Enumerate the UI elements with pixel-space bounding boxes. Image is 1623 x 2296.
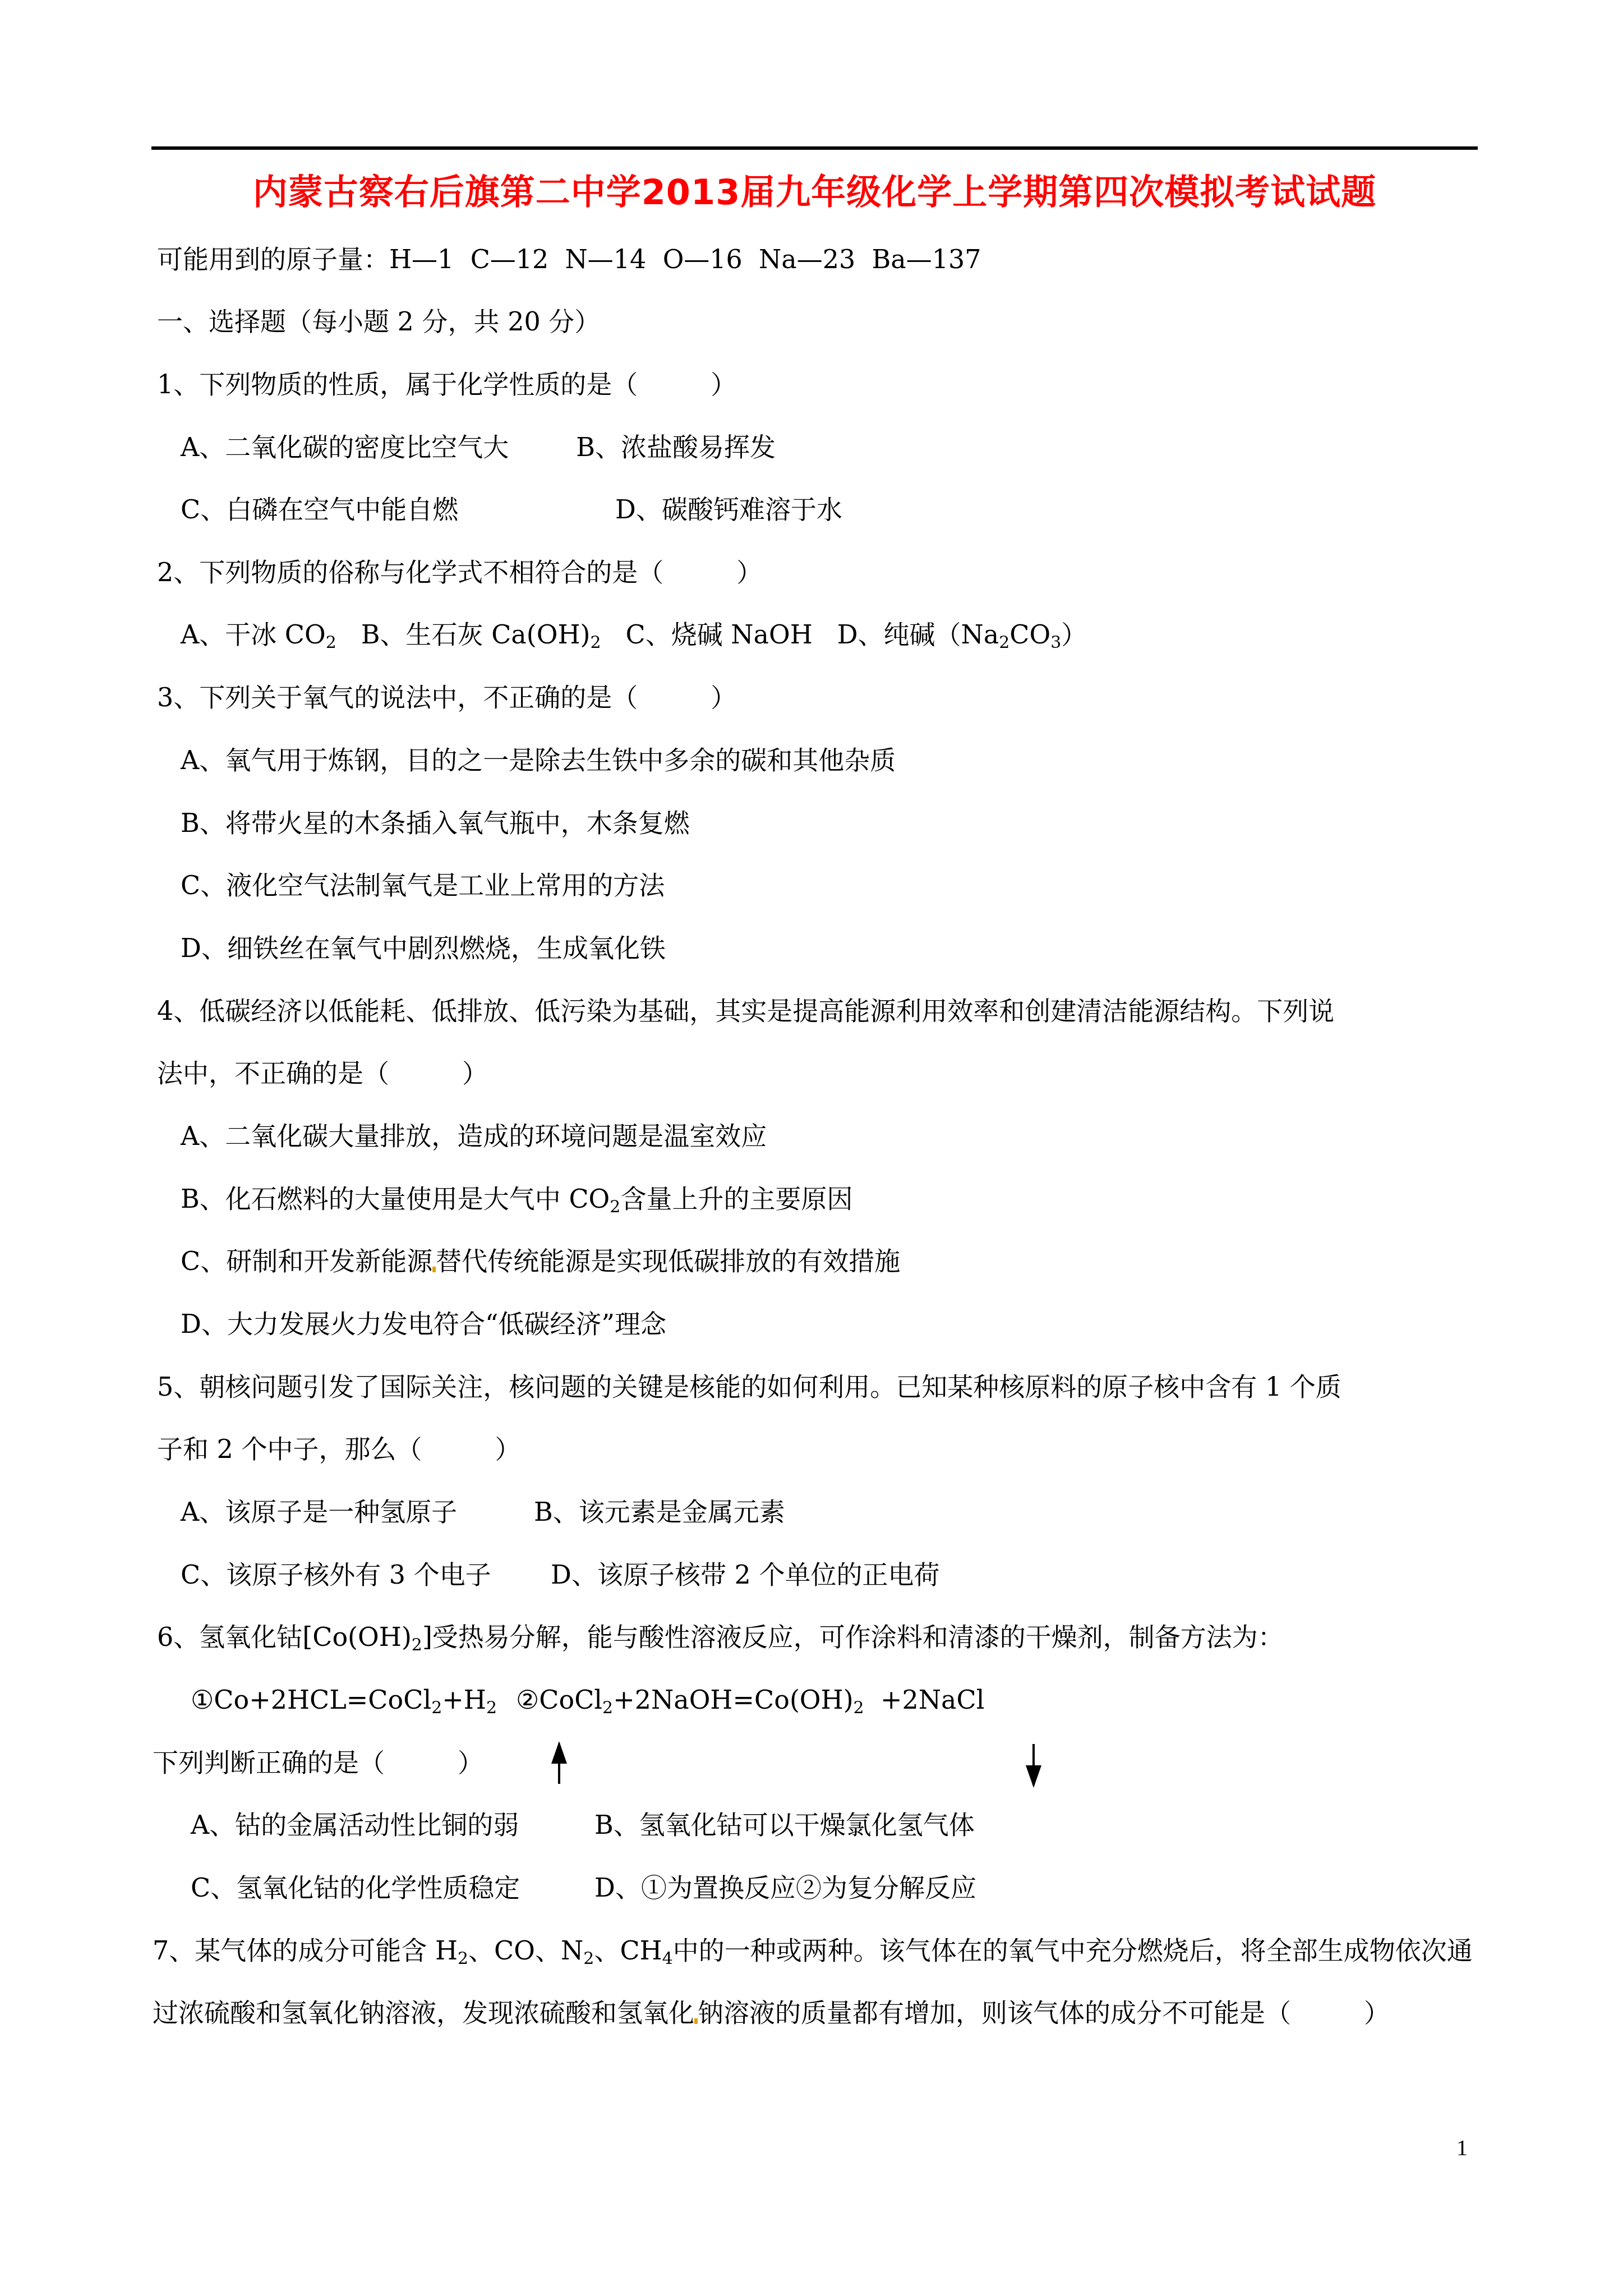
question-4-option-c: C、研制和开发新能源替代传统能源是实现低碳排放的有效措施 xyxy=(181,1244,900,1278)
question-3-option-c: C、液化空气法制氧气是工业上常用的方法 xyxy=(181,868,665,902)
question-6-equation-1: ①Co+2HCL=CoCl2+H2 xyxy=(191,1683,497,1717)
option-b: B、浓盐酸易挥发 xyxy=(576,432,776,462)
stem-end: ） xyxy=(736,557,762,587)
question-6-options-row1: A、钴的金属活动性比铜的弱B、氢氧化钴可以干燥氯化氢气体 xyxy=(191,1808,975,1842)
question-7-stem-line1: 7、某气体的成分可能含 H2、CO、N2、CH4中的一种或两种。该气体在的氧气中… xyxy=(153,1934,1473,1967)
question-2-options: A、干冰 CO2 B、生石灰 Ca(OH)2 C、烧碱 NaOH D、纯碱（Na… xyxy=(181,618,1087,651)
question-6-stem: 6、氢氧化钴[Co(OH)2]受热易分解，能与酸性溶液反应，可作涂料和清漆的干燥… xyxy=(157,1620,1284,1654)
question-6-equation-2: ②CoCl2+2NaOH=Co(OH)2 +2NaCl xyxy=(516,1683,984,1717)
stem-end: ） xyxy=(711,682,736,712)
stem-end: ） xyxy=(711,369,736,399)
option-a: A、二氧化碳的密度比空气大 xyxy=(181,432,509,462)
stem-text: 法中，不正确的是（ xyxy=(157,1058,389,1088)
question-1-options-row2: C、白磷在空气中能自燃D、碳酸钙难溶于水 xyxy=(181,493,842,526)
question-5-options-row2: C、该原子核外有 3 个电子D、该原子核带 2 个单位的正电荷 xyxy=(181,1558,939,1591)
stem-text: 1、下列物质的性质，属于化学性质的是（ xyxy=(157,369,638,399)
option-a: A、钴的金属活动性比铜的弱 xyxy=(191,1808,594,1842)
option-a: A、该原子是一种氢原子 xyxy=(181,1495,534,1529)
page-number: 1 xyxy=(1456,2134,1468,2161)
question-1-stem: 1、下列物质的性质，属于化学性质的是（） xyxy=(157,367,736,401)
question-6-options-row2: C、氢氧化钴的化学性质稳定D、①为置换反应②为复分解反应 xyxy=(191,1871,976,1904)
question-4-stem-line1: 4、低碳经济以低能耗、低排放、低污染为基础，其实是提高能源利用效率和创建清洁能源… xyxy=(157,994,1334,1028)
precipitate-arrow-down-icon xyxy=(1032,1744,1035,1786)
question-3-option-d: D、细铁丝在氧气中剧烈燃烧，生成氧化铁 xyxy=(181,931,666,965)
stem-end: ） xyxy=(495,1434,521,1464)
option-a: A、干冰 CO2 xyxy=(181,619,336,650)
stem-text: 子和 2 个中子，那么（ xyxy=(157,1434,422,1464)
option-b: B、氢氧化钴可以干燥氯化氢气体 xyxy=(594,1810,975,1840)
option-b: B、生石灰 Ca(OH)2 xyxy=(361,619,601,650)
page-title: 内蒙古察右后旗第二中学2013届九年级化学上学期第四次模拟考试试题 xyxy=(151,167,1478,218)
question-4-option-b: B、化石燃料的大量使用是大气中 CO2含量上升的主要原因 xyxy=(181,1182,852,1216)
section-heading: 一、选择题（每小题 2 分，共 20 分） xyxy=(157,305,600,338)
option-c: C、氢氧化钴的化学性质稳定 xyxy=(191,1871,594,1904)
question-5-options-row1: A、该原子是一种氢原子B、该元素是金属元素 xyxy=(181,1495,785,1529)
question-3-option-b: B、将带火星的木条插入氧气瓶中，木条复燃 xyxy=(181,806,690,840)
option-d: D、①为置换反应②为复分解反应 xyxy=(594,1872,976,1903)
atomic-masses: 可能用到的原子量：H—1 C—12 N—14 O—16 Na—23 Ba—137 xyxy=(157,242,981,276)
question-5-stem-line1: 5、朝核问题引发了国际关注，核问题的关键是核能的如何利用。已知某种核原料的原子核… xyxy=(157,1370,1341,1404)
question-3-option-a: A、氧气用于炼钢，目的之一是除去生铁中多余的碳和其他杂质 xyxy=(181,743,896,777)
option-c: C、该原子核外有 3 个电子 xyxy=(181,1558,551,1591)
gas-arrow-up-icon xyxy=(558,1743,560,1784)
question-5-stem-line2: 子和 2 个中子，那么（） xyxy=(157,1432,521,1466)
question-3-stem: 3、下列关于氧气的说法中，不正确的是（） xyxy=(157,680,736,714)
option-c: C、白磷在空气中能自燃 xyxy=(181,493,615,526)
question-6-prompt: 下列判断正确的是（） xyxy=(153,1746,483,1779)
option-b: B、该元素是金属元素 xyxy=(534,1497,785,1527)
question-2-stem: 2、下列物质的俗称与化学式不相符合的是（） xyxy=(157,555,762,589)
stem-text: 2、下列物质的俗称与化学式不相符合的是（ xyxy=(157,557,663,587)
atomic-masses-label: 可能用到的原子量： xyxy=(157,244,389,274)
question-1-options-row1: A、二氧化碳的密度比空气大B、浓盐酸易挥发 xyxy=(181,430,776,464)
option-d: D、该原子核带 2 个单位的正电荷 xyxy=(551,1559,939,1590)
option-d: D、纯碱（Na2CO3） xyxy=(837,619,1087,650)
option-c: C、烧碱 NaOH xyxy=(625,619,812,650)
atomic-masses-values: H—1 C—12 N—14 O—16 Na—23 Ba—137 xyxy=(389,244,981,274)
stem-end: ） xyxy=(462,1058,488,1088)
question-7-stem-line2: 过浓硫酸和氢氧化钠溶液，发现浓硫酸和氢氧化钠溶液的质量都有增加，则该气体的成分不… xyxy=(153,1996,1390,2030)
question-4-option-a: A、二氧化碳大量排放，造成的环境问题是温室效应 xyxy=(181,1119,767,1153)
header-rule xyxy=(151,146,1478,150)
option-d: D、碳酸钙难溶于水 xyxy=(615,494,842,524)
question-4-option-d: D、大力发展火力发电符合“低碳经济”理念 xyxy=(181,1307,666,1341)
stem-text: 3、下列关于氧气的说法中，不正确的是（ xyxy=(157,682,638,712)
question-4-stem-line2: 法中，不正确的是（） xyxy=(157,1056,488,1090)
